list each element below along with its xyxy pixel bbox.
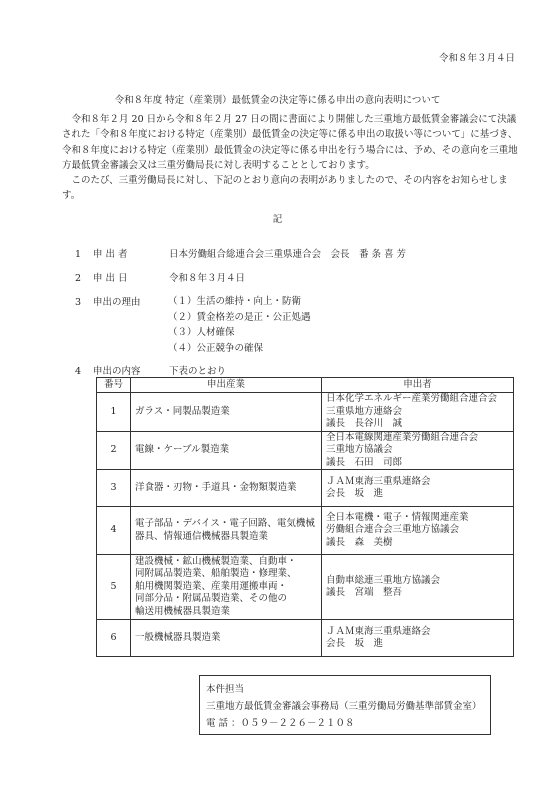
item-label: 申出の理由 xyxy=(93,294,169,308)
item-number: 3 xyxy=(75,297,93,308)
application-table: 番号 申出産業 申出者 1ガラス・同製品製造業日本化学エネルギー産業労働組合連合… xyxy=(96,377,514,657)
item-content: 4申出の内容下表のとおり xyxy=(75,363,226,377)
applicant-line: 自動車総連三重地方協議会 xyxy=(326,575,509,588)
table-row: 2電線・ケーブル製造業全日本電線関連産業労働組合連合会三重地方協議会議長 石田 … xyxy=(97,431,514,470)
item-value: 令和８年３月４日 xyxy=(169,273,245,284)
reason-item: （３）人材確保 xyxy=(168,325,311,341)
header-number: 番号 xyxy=(97,378,131,393)
row-number: 1 xyxy=(97,393,131,432)
applicant-line: 議長 石田 司郎 xyxy=(326,457,509,470)
contact-phone: 電 話 ：０５９－２２６－２１０８ xyxy=(206,715,490,732)
item-value: 下表のとおり xyxy=(169,366,226,377)
applicant-line: ＪＡＭ東海三重県連絡会 xyxy=(326,626,509,639)
industry-line: 洋食器・刃物・手道具・金物類製造業 xyxy=(135,482,317,495)
table-row: 5建設機械・鉱山機械製造業、自動車・同附属品製造業、船舶製造・修理業、舶用機関製… xyxy=(97,555,514,620)
table-body: 1ガラス・同製品製造業日本化学エネルギー産業労働組合連合会三重県地方連絡会議長 … xyxy=(97,393,514,657)
row-number: 4 xyxy=(97,507,131,555)
reason-item: （１）生活の維持・向上・防衛 xyxy=(168,294,311,310)
header-applicant: 申出者 xyxy=(322,378,514,393)
table-row: 3洋食器・刃物・手道具・金物類製造業ＪＡＭ東海三重県連絡会会長 坂 進 xyxy=(97,470,514,507)
document-title: 令和８年度 特定（産業別）最低賃金の決定等に係る申出の意向表明について xyxy=(0,92,555,106)
row-applicant: 全日本電機・電子・情報関連産業労働組合連合会三重地方協議会議長 森 美樹 xyxy=(322,507,514,555)
row-applicant: ＪＡＭ東海三重県連絡会会長 坂 進 xyxy=(322,620,514,657)
item-label: 申 出 日 xyxy=(93,270,169,284)
item-number: 1 xyxy=(75,249,93,260)
applicant-line: 日本化学エネルギー産業労働組合連合会 xyxy=(326,393,509,406)
row-industry: 電線・ケーブル製造業 xyxy=(131,431,322,470)
intro-paragraph-1: 令和８年２月 20 日から令和８年２月 27 日の間に書面により開催した三重地方… xyxy=(62,112,522,173)
applicant-line: 会長 坂 進 xyxy=(326,638,509,651)
applicant-line: 議長 長谷川 誠 xyxy=(326,418,509,431)
ki-heading: 記 xyxy=(0,211,555,225)
item-number: 4 xyxy=(75,366,93,377)
table-row: 6一般機械器具製造業ＪＡＭ東海三重県連絡会会長 坂 進 xyxy=(97,620,514,657)
row-industry: 一般機械器具製造業 xyxy=(131,620,322,657)
row-industry: ガラス・同製品製造業 xyxy=(131,393,322,432)
contact-box: 本件担当 三重地方最低賃金審議会事務局（三重労働局労働基準部賃金室） 電 話 ：… xyxy=(199,675,491,735)
intro-text: 令和８年２月 20 日から令和８年２月 27 日の間に書面により開催した三重地方… xyxy=(62,112,522,204)
contact-heading: 本件担当 xyxy=(206,681,490,698)
industry-line: 同附属品製造業、船舶製造・修理業、 xyxy=(135,568,317,581)
row-applicant: ＪＡＭ東海三重県連絡会会長 坂 進 xyxy=(322,470,514,507)
reason-item: （２）賃金格差の是正・公正処遇 xyxy=(168,310,311,326)
row-number: 6 xyxy=(97,620,131,657)
intro-paragraph-2: このたび、三重労働局長に対し、下記のとおり意向の表明がありましたので、その内容を… xyxy=(62,173,522,204)
applicant-line: 全日本電線関連産業労働組合連合会 xyxy=(326,432,509,445)
item-reason: 3申出の理由 xyxy=(75,294,169,308)
industry-line: 同部分品・附属品製造業、その他の xyxy=(135,593,317,606)
item-number: 2 xyxy=(75,273,93,284)
header-industry: 申出産業 xyxy=(131,378,322,393)
row-applicant: 日本化学エネルギー産業労働組合連合会三重県地方連絡会議長 長谷川 誠 xyxy=(322,393,514,432)
item-label: 申出の内容 xyxy=(93,363,169,377)
item-value: 日本労働組合総連合会三重県連合会 会長 番 条 喜 芳 xyxy=(169,249,406,260)
applicant-line: 三重県地方連絡会 xyxy=(326,406,509,419)
applicant-line: 三重地方協議会 xyxy=(326,444,509,457)
row-applicant: 自動車総連三重地方協議会議長 宮端 整吾 xyxy=(322,555,514,620)
applicant-line: ＪＡＭ東海三重県連絡会 xyxy=(326,476,509,489)
table-row: 4電子部品・デバイス・電子回路、電気機械器具、情報通信機械器具製造業全日本電機・… xyxy=(97,507,514,555)
row-industry: 洋食器・刃物・手道具・金物類製造業 xyxy=(131,470,322,507)
row-number: 2 xyxy=(97,431,131,470)
document-date: 令和８年３月４日 xyxy=(439,50,515,64)
row-number: 5 xyxy=(97,555,131,620)
table-header-row: 番号 申出産業 申出者 xyxy=(97,378,514,393)
row-number: 3 xyxy=(97,470,131,507)
industry-line: 電線・ケーブル製造業 xyxy=(135,444,317,457)
table-row: 1ガラス・同製品製造業日本化学エネルギー産業労働組合連合会三重県地方連絡会議長 … xyxy=(97,393,514,432)
applicant-line: 全日本電機・電子・情報関連産業 xyxy=(326,512,509,525)
reason-list: （１）生活の維持・向上・防衛 （２）賃金格差の是正・公正処遇 （３）人材確保 （… xyxy=(168,294,311,356)
item-applicant: 1申 出 者日本労働組合総連合会三重県連合会 会長 番 条 喜 芳 xyxy=(75,246,406,260)
applicant-line: 議長 森 美樹 xyxy=(326,537,509,550)
reason-item: （４）公正競争の確保 xyxy=(168,341,311,357)
applicant-line: 労働組合連合会三重地方協議会 xyxy=(326,524,509,537)
row-industry: 電子部品・デバイス・電子回路、電気機械器具、情報通信機械器具製造業 xyxy=(131,507,322,555)
industry-line: ガラス・同製品製造業 xyxy=(135,406,317,419)
contact-office: 三重地方最低賃金審議会事務局（三重労働局労働基準部賃金室） xyxy=(206,698,490,715)
industry-line: 舶用機関製造業、産業用運搬車両・ xyxy=(135,581,317,594)
industry-line: 電子部品・デバイス・電子回路、電気機械 xyxy=(135,518,317,531)
applicant-line: 会長 坂 進 xyxy=(326,488,509,501)
row-applicant: 全日本電線関連産業労働組合連合会三重地方協議会議長 石田 司郎 xyxy=(322,431,514,470)
applicant-line: 議長 宮端 整吾 xyxy=(326,587,509,600)
industry-line: 輸送用機械器具製造業 xyxy=(135,606,317,619)
industry-line: 器具、情報通信機械器具製造業 xyxy=(135,531,317,544)
item-label: 申 出 者 xyxy=(93,246,169,260)
item-date: 2申 出 日令和８年３月４日 xyxy=(75,270,245,284)
row-industry: 建設機械・鉱山機械製造業、自動車・同附属品製造業、船舶製造・修理業、舶用機関製造… xyxy=(131,555,322,620)
industry-line: 建設機械・鉱山機械製造業、自動車・ xyxy=(135,556,317,569)
industry-line: 一般機械器具製造業 xyxy=(135,632,317,645)
